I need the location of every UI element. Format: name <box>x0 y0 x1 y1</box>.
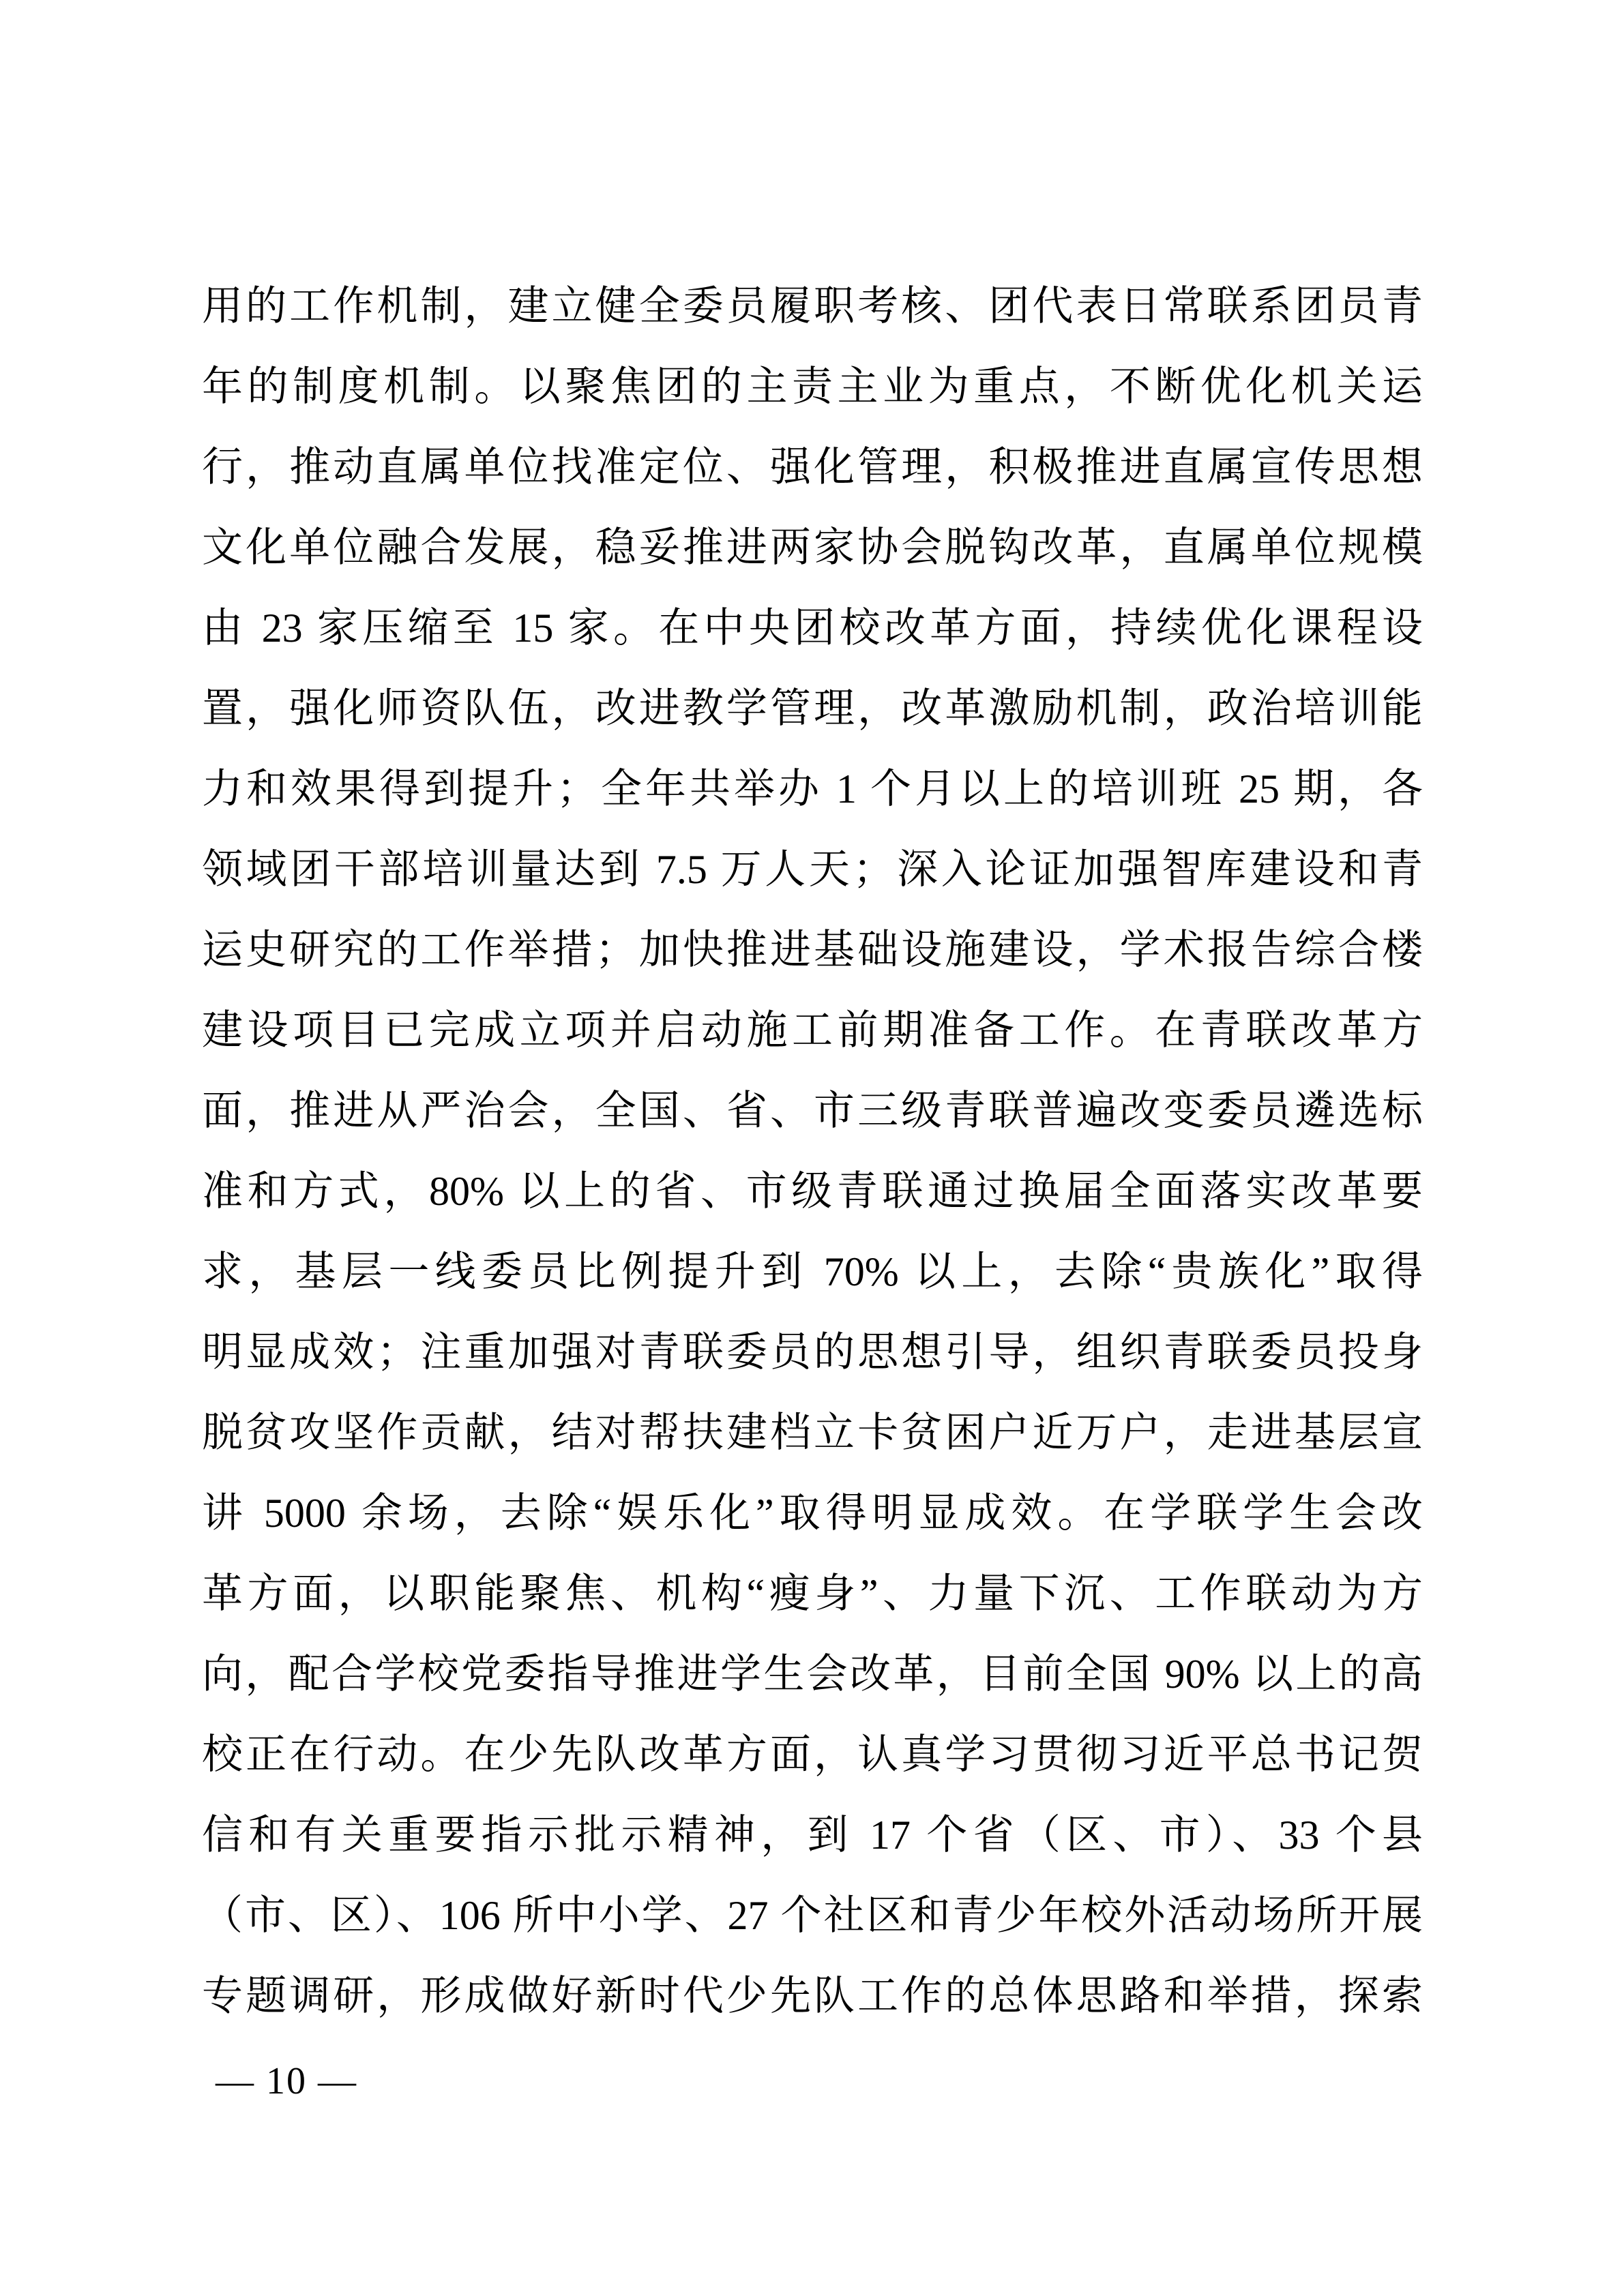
text-line: 求，基层一线委员比例提升到 70% 以上，去除“贵族化”取得 <box>202 1232 1423 1312</box>
text-line: 领域团干部培训量达到 7.5 万人天；深入论证加强智库建设和青 <box>202 829 1423 910</box>
text-line: 信和有关重要指示批示精神，到 17 个省（区、市）、33 个县 <box>202 1795 1423 1875</box>
text-line: 力和效果得到提升；全年共举办 1 个月以上的培训班 25 期，各 <box>202 749 1423 829</box>
page-number: — 10 — <box>216 2054 357 2108</box>
text-line: 明显成效；注重加强对青联委员的思想引导，组织青联委员投身 <box>202 1312 1423 1392</box>
text-line: 准和方式，80% 以上的省、市级青联通过换届全面落实改革要 <box>202 1151 1423 1232</box>
text-line: （市、区）、106 所中小学、27 个社区和青少年校外活动场所开展 <box>202 1875 1423 1956</box>
text-line: 革方面，以职能聚焦、机构“瘦身”、力量下沉、工作联动为方 <box>202 1553 1423 1634</box>
text-line: 置，强化师资队伍，改进教学管理，改革激励机制，政治培训能 <box>202 668 1423 749</box>
document-page: 用的工作机制，建立健全委员履职考核、团代表日常联系团员青 年的制度机制。以聚焦团… <box>0 0 1624 2296</box>
text-line: 讲 5000 余场，去除“娱乐化”取得明显成效。在学联学生会改 <box>202 1473 1423 1553</box>
text-line: 脱贫攻坚作贡献，结对帮扶建档立卡贫困户近万户，走进基层宣 <box>202 1392 1423 1473</box>
text-line: 由 23 家压缩至 15 家。在中央团校改革方面，持续优化课程设 <box>202 588 1423 668</box>
text-line: 建设项目已完成立项并启动施工前期准备工作。在青联改革方 <box>202 990 1423 1071</box>
text-line: 行，推动直属单位找准定位、强化管理，积极推进直属宣传思想 <box>202 427 1423 507</box>
text-line: 校正在行动。在少先队改革方面，认真学习贯彻习近平总书记贺 <box>202 1714 1423 1795</box>
text-line: 专题调研，形成做好新时代少先队工作的总体思路和举措，探索 <box>202 1956 1423 2036</box>
text-line: 运史研究的工作举措；加快推进基础设施建设，学术报告综合楼 <box>202 910 1423 990</box>
body-text: 用的工作机制，建立健全委员履职考核、团代表日常联系团员青 年的制度机制。以聚焦团… <box>202 266 1423 2036</box>
text-line: 年的制度机制。以聚焦团的主责主业为重点，不断优化机关运 <box>202 346 1423 427</box>
text-line: 面，推进从严治会，全国、省、市三级青联普遍改变委员遴选标 <box>202 1071 1423 1151</box>
text-line: 用的工作机制，建立健全委员履职考核、团代表日常联系团员青 <box>202 266 1423 346</box>
text-line: 向，配合学校党委指导推进学生会改革，目前全国 90% 以上的高 <box>202 1634 1423 1714</box>
text-line: 文化单位融合发展，稳妥推进两家协会脱钩改革，直属单位规模 <box>202 507 1423 588</box>
